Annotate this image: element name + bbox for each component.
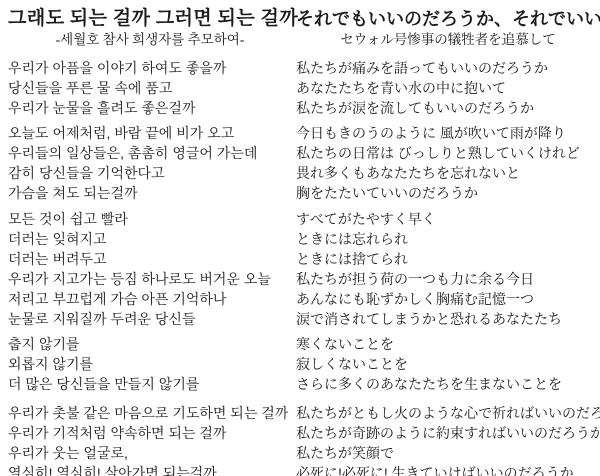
poem-line: 저리고 부끄럽게 가슴 아픈 기억하나: [8, 289, 292, 309]
poem-line: ときには捨てられ: [296, 249, 600, 269]
poem-title-japanese: それでもいいのだろうか、それでいいのだろうか: [296, 8, 600, 30]
japanese-stanza-4: 寒くないことを 寂しくないことを さらに多くのあなたたちを生まないことを: [296, 334, 600, 394]
korean-stanza-2: 오늘도 어제처럼, 바람 끝에 비가 오고 우리들의 일상들은, 촘촘히 영글어…: [8, 123, 292, 203]
poem-line: 涙で消されてしまうかと恐れるあなたたち: [296, 309, 600, 329]
poem-line: 畏れ多くもあなたたちを忘れないと: [296, 163, 600, 183]
poem-line: ときには忘れられ: [296, 229, 600, 249]
poem-subtitle-japanese: セウォル号惨事の犠牲者を追慕して: [296, 31, 600, 48]
poem-line: 寒くないことを: [296, 334, 600, 354]
korean-stanza-4: 춥지 않기를 외롭지 않기를 더 많은 당신들을 만들지 않기를: [8, 334, 292, 394]
poem-line: すべてがたやすく早く: [296, 209, 600, 229]
japanese-stanza-2: 今日もきのうのように 風が吹いて雨が降り 私たちの日常は びっしりと熟していくけ…: [296, 123, 600, 203]
japanese-stanza-3: すべてがたやすく早く ときには忘れられ ときには捨てられ 私たちが担う荷の一つも…: [296, 209, 600, 329]
poem-line: 私たちが笑顔で: [296, 443, 600, 463]
poem-line: 더러는 버려두고: [8, 249, 292, 269]
poem-line: 우리가 아픔을 이야기 하여도 좋을까: [8, 58, 292, 78]
poem-line: 가슴을 쳐도 되는걸까: [8, 183, 292, 203]
poem-subtitle-korean: -세월호 참사 희생자를 추모하여-: [8, 31, 292, 48]
poem-line: 열심히! 열심히! 살아가면 되는걸까.: [8, 463, 292, 476]
korean-column: 그래도 되는 걸까 그러면 되는 걸까 -세월호 참사 희생자를 추모하여- 우…: [0, 8, 292, 476]
poem-line: さらに多くのあなたたちを生まないことを: [296, 374, 600, 394]
poem-line: 우리가 웃는 얼굴로,: [8, 443, 292, 463]
poem-line: 더 많은 당신들을 만들지 않기를: [8, 374, 292, 394]
poem-line: あなたたちを青い水の中に抱いて: [296, 78, 600, 98]
poem-line: 우리가 눈물을 흘려도 좋은걸까: [8, 98, 292, 118]
poem-line: 눈물로 지워질까 두려운 당신들: [8, 309, 292, 329]
poem-line: 당신들을 푸른 물 속에 품고: [8, 78, 292, 98]
poem-line: 감히 당신들을 기억한다고: [8, 163, 292, 183]
japanese-stanza-1: 私たちが痛みを語ってもいいのだろうか あなたたちを青い水の中に抱いて 私たちが涙…: [296, 58, 600, 118]
poem-line: あんなにも恥ずかしく胸痛む記憶一つ: [296, 289, 600, 309]
poem-line: 모든 것이 쉽고 빨라: [8, 209, 292, 229]
poem-line: 우리가 기적처럼 약속하면 되는 걸까: [8, 423, 292, 443]
korean-stanza-1: 우리가 아픔을 이야기 하여도 좋을까 당신들을 푸른 물 속에 품고 우리가 …: [8, 58, 292, 118]
japanese-stanza-5: 私たちがともし火のような心で祈ればいいのだろうか 私たちが奇跡のように約束すれば…: [296, 403, 600, 476]
poem-line: 외롭지 않기를: [8, 354, 292, 374]
poem-line: 私たちが痛みを語ってもいいのだろうか: [296, 58, 600, 78]
poem-line: 춥지 않기를: [8, 334, 292, 354]
korean-stanza-3: 모든 것이 쉽고 빨라 더러는 잊혀지고 더러는 버려두고 우리가 지고가는 등…: [8, 209, 292, 329]
poem-line: 우리들의 일상들은, 촘촘히 영글어 가는데: [8, 143, 292, 163]
poem-title-korean: 그래도 되는 걸까 그러면 되는 걸까: [8, 8, 292, 30]
poem-line: 私たちが奇跡のように約束すればいいのだろうか: [296, 423, 600, 443]
korean-stanza-5: 우리가 촛불 같은 마음으로 기도하면 되는 걸까 우리가 기적처럼 약속하면 …: [8, 403, 292, 476]
poem-line: 今日もきのうのように 風が吹いて雨が降り: [296, 123, 600, 143]
poem-line: 私たちがともし火のような心で祈ればいいのだろうか: [296, 403, 600, 423]
poem-line: 私たちが涙を流してもいいのだろうか: [296, 98, 600, 118]
poem-line: 우리가 촛불 같은 마음으로 기도하면 되는 걸까: [8, 403, 292, 423]
poem-line: 더러는 잊혀지고: [8, 229, 292, 249]
poem-line: 우리가 지고가는 등짐 하나로도 버거운 오늘: [8, 269, 292, 289]
poem-line: 私たちが担う荷の一つも力に余る今日: [296, 269, 600, 289]
poem-line: 私たちの日常は びっしりと熟していくけれど: [296, 143, 600, 163]
poem-line: 必死に!必死に! 生きていけばいいのだろうか: [296, 463, 600, 476]
japanese-column: それでもいいのだろうか、それでいいのだろうか セウォル号惨事の犠牲者を追慕して …: [292, 8, 600, 476]
poem-line: 胸をたたいていいのだろうか: [296, 183, 600, 203]
poem-line: 오늘도 어제처럼, 바람 끝에 비가 오고: [8, 123, 292, 143]
poem-line: 寂しくないことを: [296, 354, 600, 374]
poem-page: 그래도 되는 걸까 그러면 되는 걸까 -세월호 참사 희생자를 추모하여- 우…: [0, 0, 600, 476]
